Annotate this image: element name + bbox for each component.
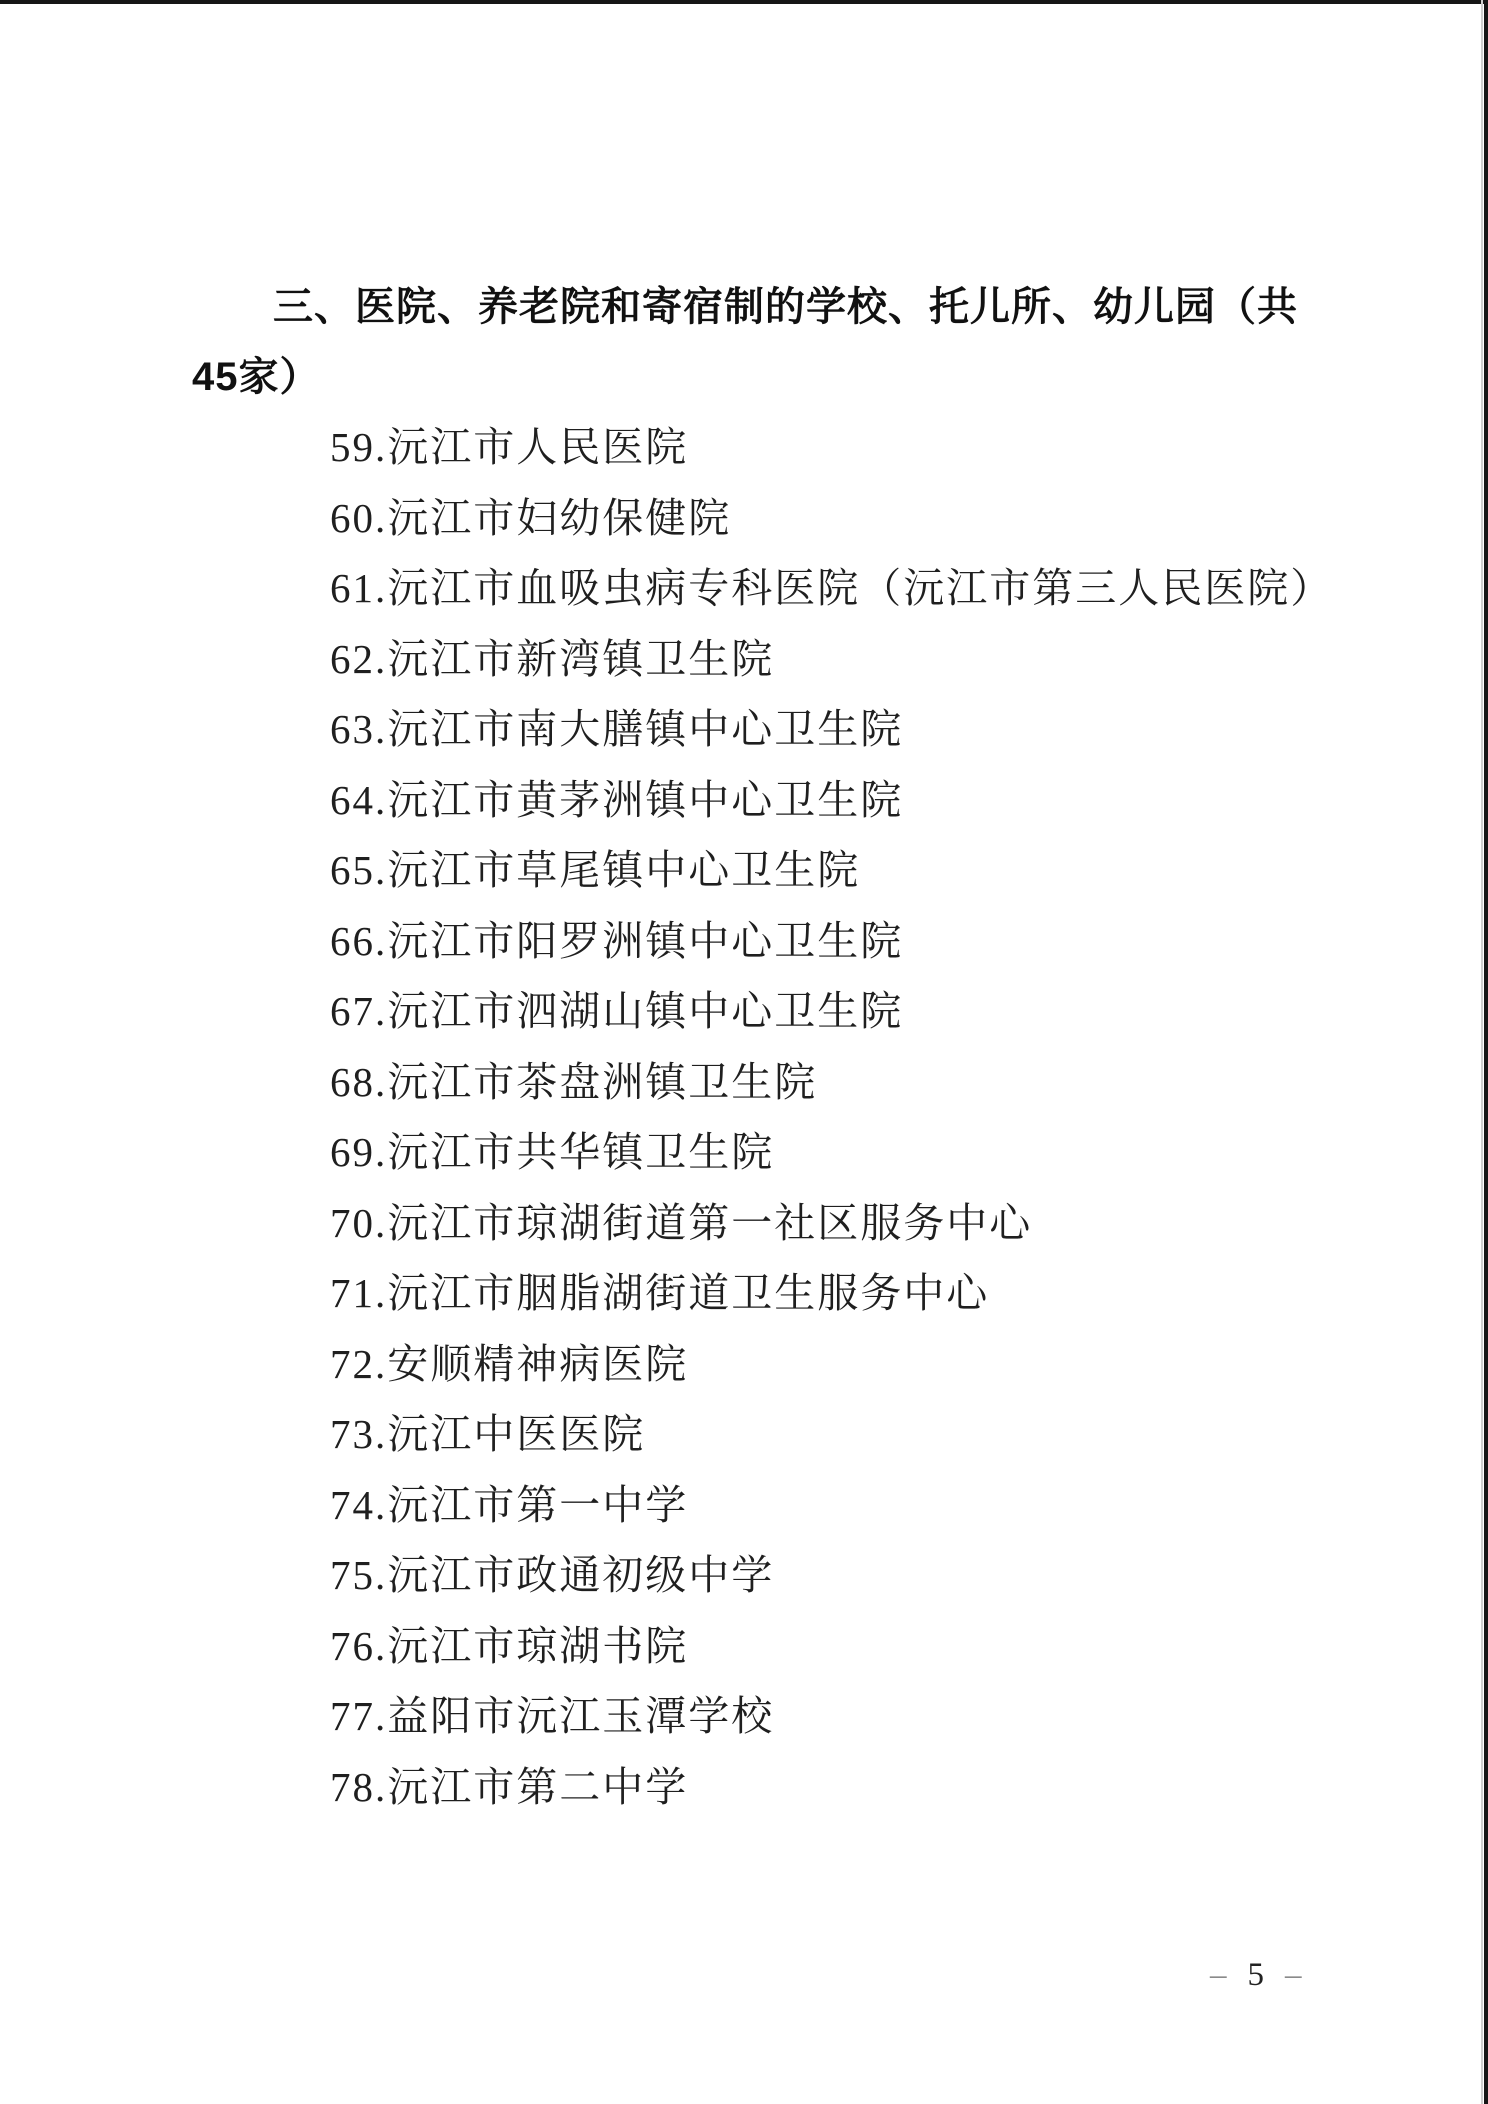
footer-dash-left: – (1210, 1956, 1227, 1994)
list-item: 78.沅江市第二中学 (330, 1752, 1333, 1823)
list-item: 70.沅江市琼湖街道第一社区服务中心 (330, 1188, 1333, 1259)
list-item: 71.沅江市胭脂湖街道卫生服务中心 (330, 1258, 1333, 1329)
list-item: 63.沅江市南大膳镇中心卫生院 (330, 694, 1333, 765)
list-item: 67.沅江市泗湖山镇中心卫生院 (330, 976, 1333, 1047)
list-item: 77.益阳市沅江玉潭学校 (330, 1681, 1333, 1752)
list-item: 73.沅江中医医院 (330, 1399, 1333, 1470)
list-item: 64.沅江市黄茅洲镇中心卫生院 (330, 765, 1333, 836)
list-item: 65.沅江市草尾镇中心卫生院 (330, 835, 1333, 906)
facility-list: 59.沅江市人民医院60.沅江市妇幼保健院61.沅江市血吸虫病专科医院（沅江市第… (330, 412, 1333, 1822)
list-item: 59.沅江市人民医院 (330, 412, 1333, 483)
section-heading-line-1: 三、医院、养老院和寄宿制的学校、托儿所、幼儿园（共 (273, 285, 1298, 329)
list-item: 61.沅江市血吸虫病专科医院（沅江市第三人民医院） (330, 553, 1333, 624)
list-item: 74.沅江市第一中学 (330, 1470, 1333, 1541)
list-item: 76.沅江市琼湖书院 (330, 1611, 1333, 1682)
scan-edge-right-line (1484, 0, 1488, 2104)
section-heading-line-2: 45家） (192, 355, 321, 399)
list-item: 62.沅江市新湾镇卫生院 (330, 624, 1333, 695)
list-item: 66.沅江市阳罗洲镇中心卫生院 (330, 906, 1333, 977)
list-item: 75.沅江市政通初级中学 (330, 1540, 1333, 1611)
document-page: 三、医院、养老院和寄宿制的学校、托儿所、幼儿园（共 45家） 59.沅江市人民医… (0, 0, 1488, 2104)
scan-edge-right-shadow (1481, 0, 1483, 2104)
list-item: 69.沅江市共华镇卫生院 (330, 1117, 1333, 1188)
scan-edge-top-line (0, 0, 1488, 4)
list-item: 60.沅江市妇幼保健院 (330, 483, 1333, 554)
page-footer: – 5 – (1210, 1956, 1302, 1994)
list-item: 72.安顺精神病医院 (330, 1329, 1333, 1400)
page-number: 5 (1248, 1956, 1265, 1994)
footer-dash-right: – (1285, 1956, 1302, 1994)
list-item: 68.沅江市茶盘洲镇卫生院 (330, 1047, 1333, 1118)
